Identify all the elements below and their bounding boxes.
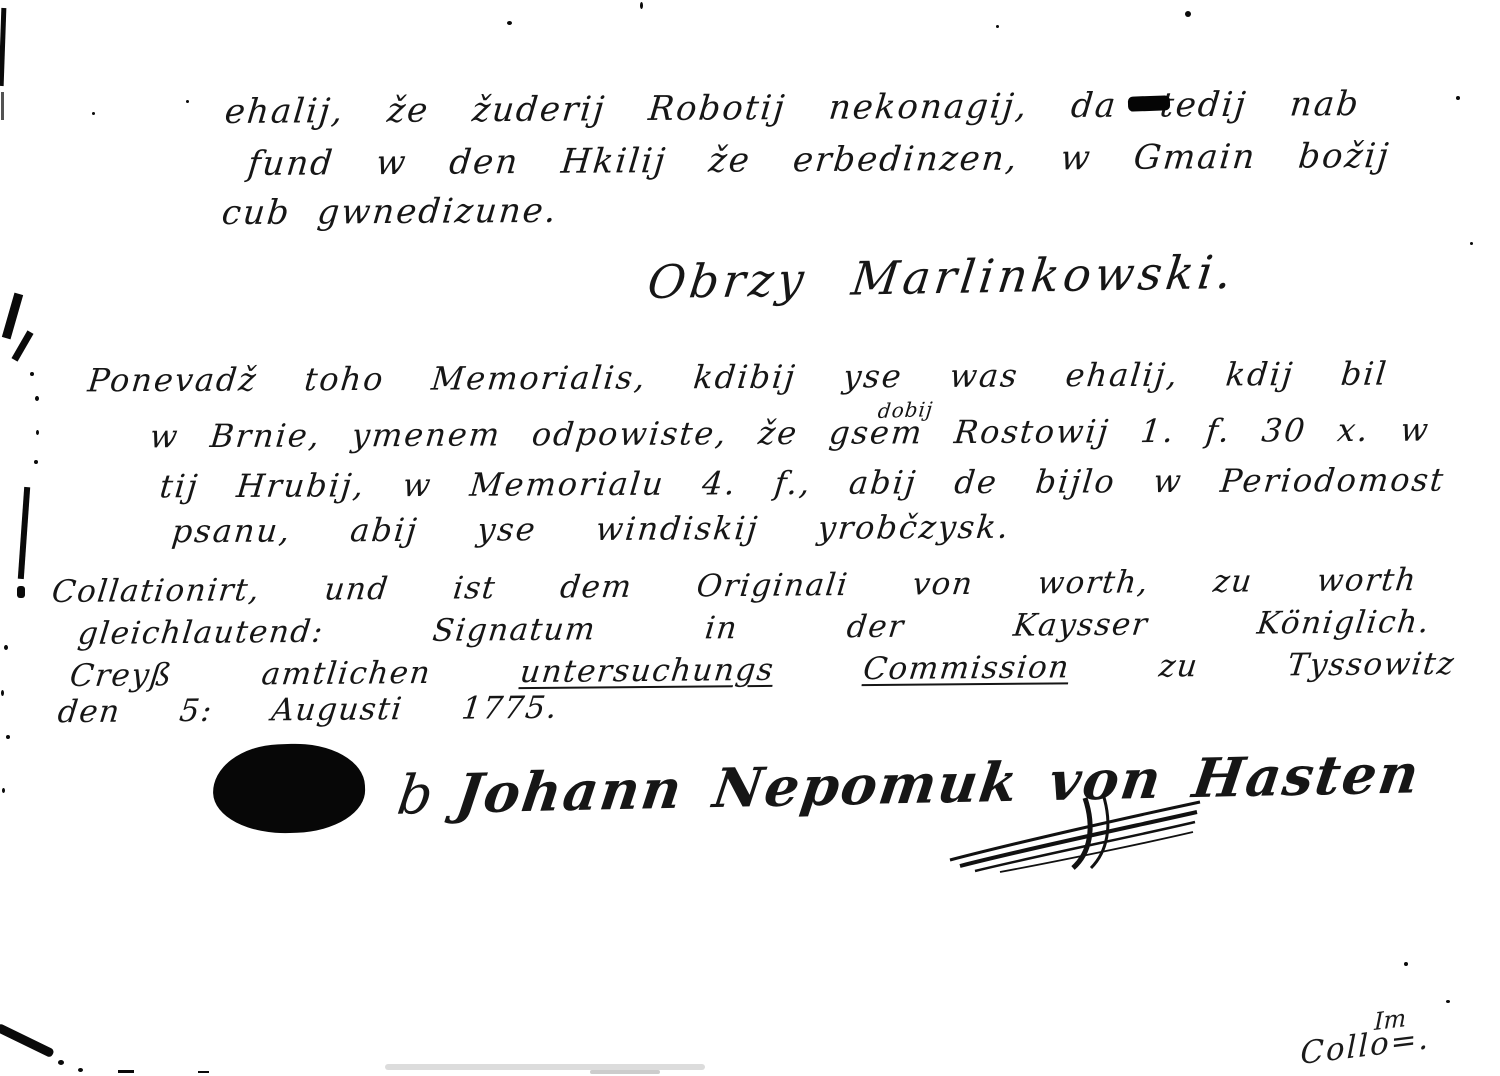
- scan-artifact: [36, 430, 39, 435]
- ink-seal: [211, 741, 366, 835]
- handwritten-line: Ponevadž toho Memorialis, kdibij yse was…: [86, 355, 1390, 400]
- scan-artifact: [1, 690, 4, 696]
- scan-artifact: [30, 372, 34, 376]
- handwritten-line: w Brnie, ymenem odpowiste, že gsem Rosto…: [148, 411, 1432, 456]
- scan-artifact: [78, 1068, 83, 1072]
- scan-artifact: [11, 330, 33, 361]
- handwritten-line: Creyß amtlichen untersuchungs Commission…: [68, 646, 1457, 694]
- clause-left: gleichlautend:: [76, 614, 326, 652]
- clause-right: Signatum in der Kaysser Königlich.: [431, 604, 1432, 649]
- clause-segment: Creyß amtlichen: [68, 655, 433, 694]
- scan-artifact: [118, 1070, 134, 1073]
- manuscript-page: ehalij, že žuderij Robotij nekonagij, da…: [0, 0, 1500, 1076]
- underlined-word: Commission: [861, 649, 1072, 687]
- scan-artifact: [92, 112, 95, 115]
- attestation-signature: Obrzy Marlinkowski.: [645, 245, 1239, 309]
- scan-artifact: [590, 1070, 660, 1074]
- handwritten-line: fund w den Hkilij že erbedinzen, w Gmain…: [246, 136, 1392, 184]
- handwritten-line: tij Hrubij, w Memorialu 4. f., abij de b…: [158, 461, 1447, 506]
- scan-artifact: [1456, 96, 1460, 100]
- scan-artifact: [0, 8, 6, 86]
- signature-name: Johann Nepomuk von Hasten: [452, 741, 1424, 825]
- scan-artifact: [996, 25, 999, 28]
- scan-artifact: [4, 645, 8, 650]
- handwritten-line: cub gwnedizune.: [220, 191, 560, 233]
- scan-artifact: [6, 735, 10, 739]
- underlined-word: untersuchungs: [518, 652, 776, 690]
- corner-note-line: Collo=.: [1300, 1020, 1430, 1072]
- handwritten-line: ehalij, že žuderij Robotij nekonagij, da…: [223, 84, 1362, 132]
- scan-artifact: [1, 92, 4, 120]
- handwritten-line: gleichlautend: Signatum in der Kaysser K…: [76, 604, 1432, 652]
- scan-artifact: [2, 788, 5, 793]
- ink-blot: [1128, 95, 1170, 111]
- handwritten-line: Collationirt, und ist dem Originali von …: [50, 562, 1419, 610]
- date-line: den 5: Augusti 1775.: [56, 690, 560, 730]
- scan-artifact: [640, 2, 643, 9]
- scan-artifact: [1185, 11, 1191, 17]
- scan-artifact: [58, 1060, 64, 1065]
- scan-artifact: [18, 487, 30, 579]
- scan-artifact: [2, 293, 23, 340]
- scan-artifact: [17, 586, 25, 598]
- scan-artifact: [186, 100, 189, 103]
- scan-artifact: [1446, 1000, 1450, 1003]
- signature-prefix: b: [394, 763, 439, 827]
- main-signature: bJohann Nepomuk von Hasten: [394, 741, 1425, 827]
- handwritten-line: psanu, abij yse windiskij yrobčzysk.: [170, 508, 1012, 550]
- scan-artifact: [1470, 242, 1473, 245]
- scan-artifact: [198, 1071, 209, 1073]
- scan-artifact: [507, 21, 512, 25]
- scan-artifact: [35, 396, 39, 401]
- scan-artifact: [1404, 962, 1408, 966]
- clause-segment: zu Tyssowitz: [1157, 646, 1457, 685]
- scan-artifact: [0, 1023, 55, 1058]
- scan-artifact: [34, 460, 38, 464]
- signature-flourish: [945, 788, 1205, 873]
